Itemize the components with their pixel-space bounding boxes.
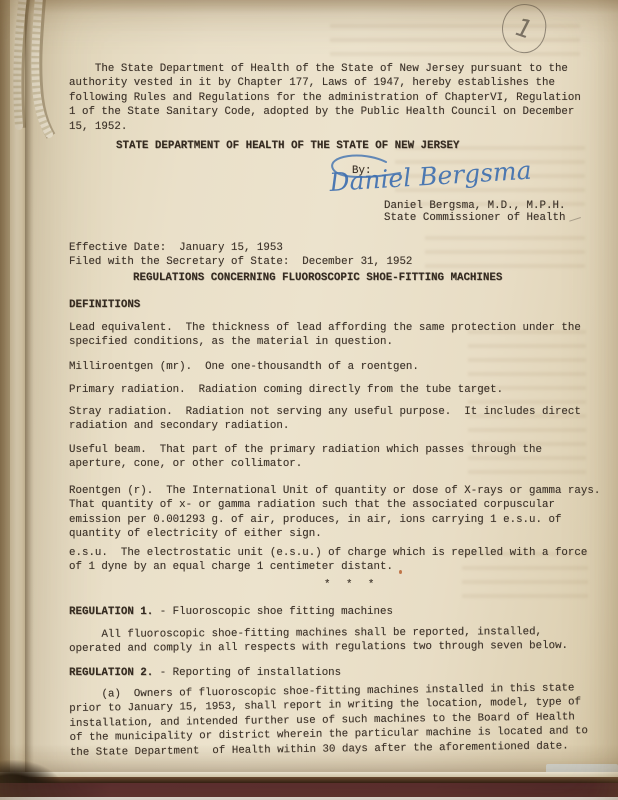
page-curl-shadow [0,744,618,774]
definition-useful-beam: Useful beam. That part of the primary ra… [69,443,542,472]
binding-cord-icon [6,0,58,142]
regulation-1-label: REGULATION 1. [69,606,153,618]
signature-text: Daniel Bergsma [328,156,533,197]
book-scan: The State Department of Health of the St… [0,0,618,800]
pencil-mark [567,210,581,221]
definition-roentgen: Roentgen (r). The International Unit of … [69,484,600,542]
book-cover-edge [0,783,618,797]
document-title: REGULATIONS CONCERNING FLUOROSCOPIC SHOE… [133,271,502,285]
regulation-2-label: REGULATION 2. [69,667,153,679]
regulation-2-heading: REGULATION 2. - Reporting of installatio… [69,666,341,680]
signature: Daniel Bergsma [296,150,546,204]
ink-speck [399,570,402,574]
definitions-heading: DEFINITIONS [69,298,140,312]
definition-esu: e.s.u. The electrostatic unit (e.s.u.) o… [69,546,587,575]
effective-date-line: Effective Date: January 15, 1953 [69,241,283,255]
filed-date-line: Filed with the Secretary of State: Decem… [69,255,412,269]
intro-paragraph: The State Department of Health of the St… [69,62,581,134]
definition-lead-equivalent: Lead equivalent. The thickness of lead a… [69,321,581,350]
regulation-2-title: - Reporting of installations [153,667,341,679]
regulation-1-title: - Fluoroscopic shoe fitting machines [153,606,393,618]
definition-primary-radiation: Primary radiation. Radiation coming dire… [69,383,503,397]
document-content: The State Department of Health of the St… [0,0,618,800]
definition-stray-radiation: Stray radiation. Radiation not serving a… [69,405,581,434]
regulation-1-body: All fluoroscopic shoe-fitting machines s… [69,625,568,657]
page-number-text: 1 [511,15,538,43]
signer-title: State Commissioner of Health [384,211,565,225]
regulation-1-heading: REGULATION 1. - Fluoroscopic shoe fittin… [69,605,393,619]
section-separator: * * * [324,578,379,592]
definition-milliroentgen: Milliroentgen (mr). One one-thousandth o… [69,360,419,374]
